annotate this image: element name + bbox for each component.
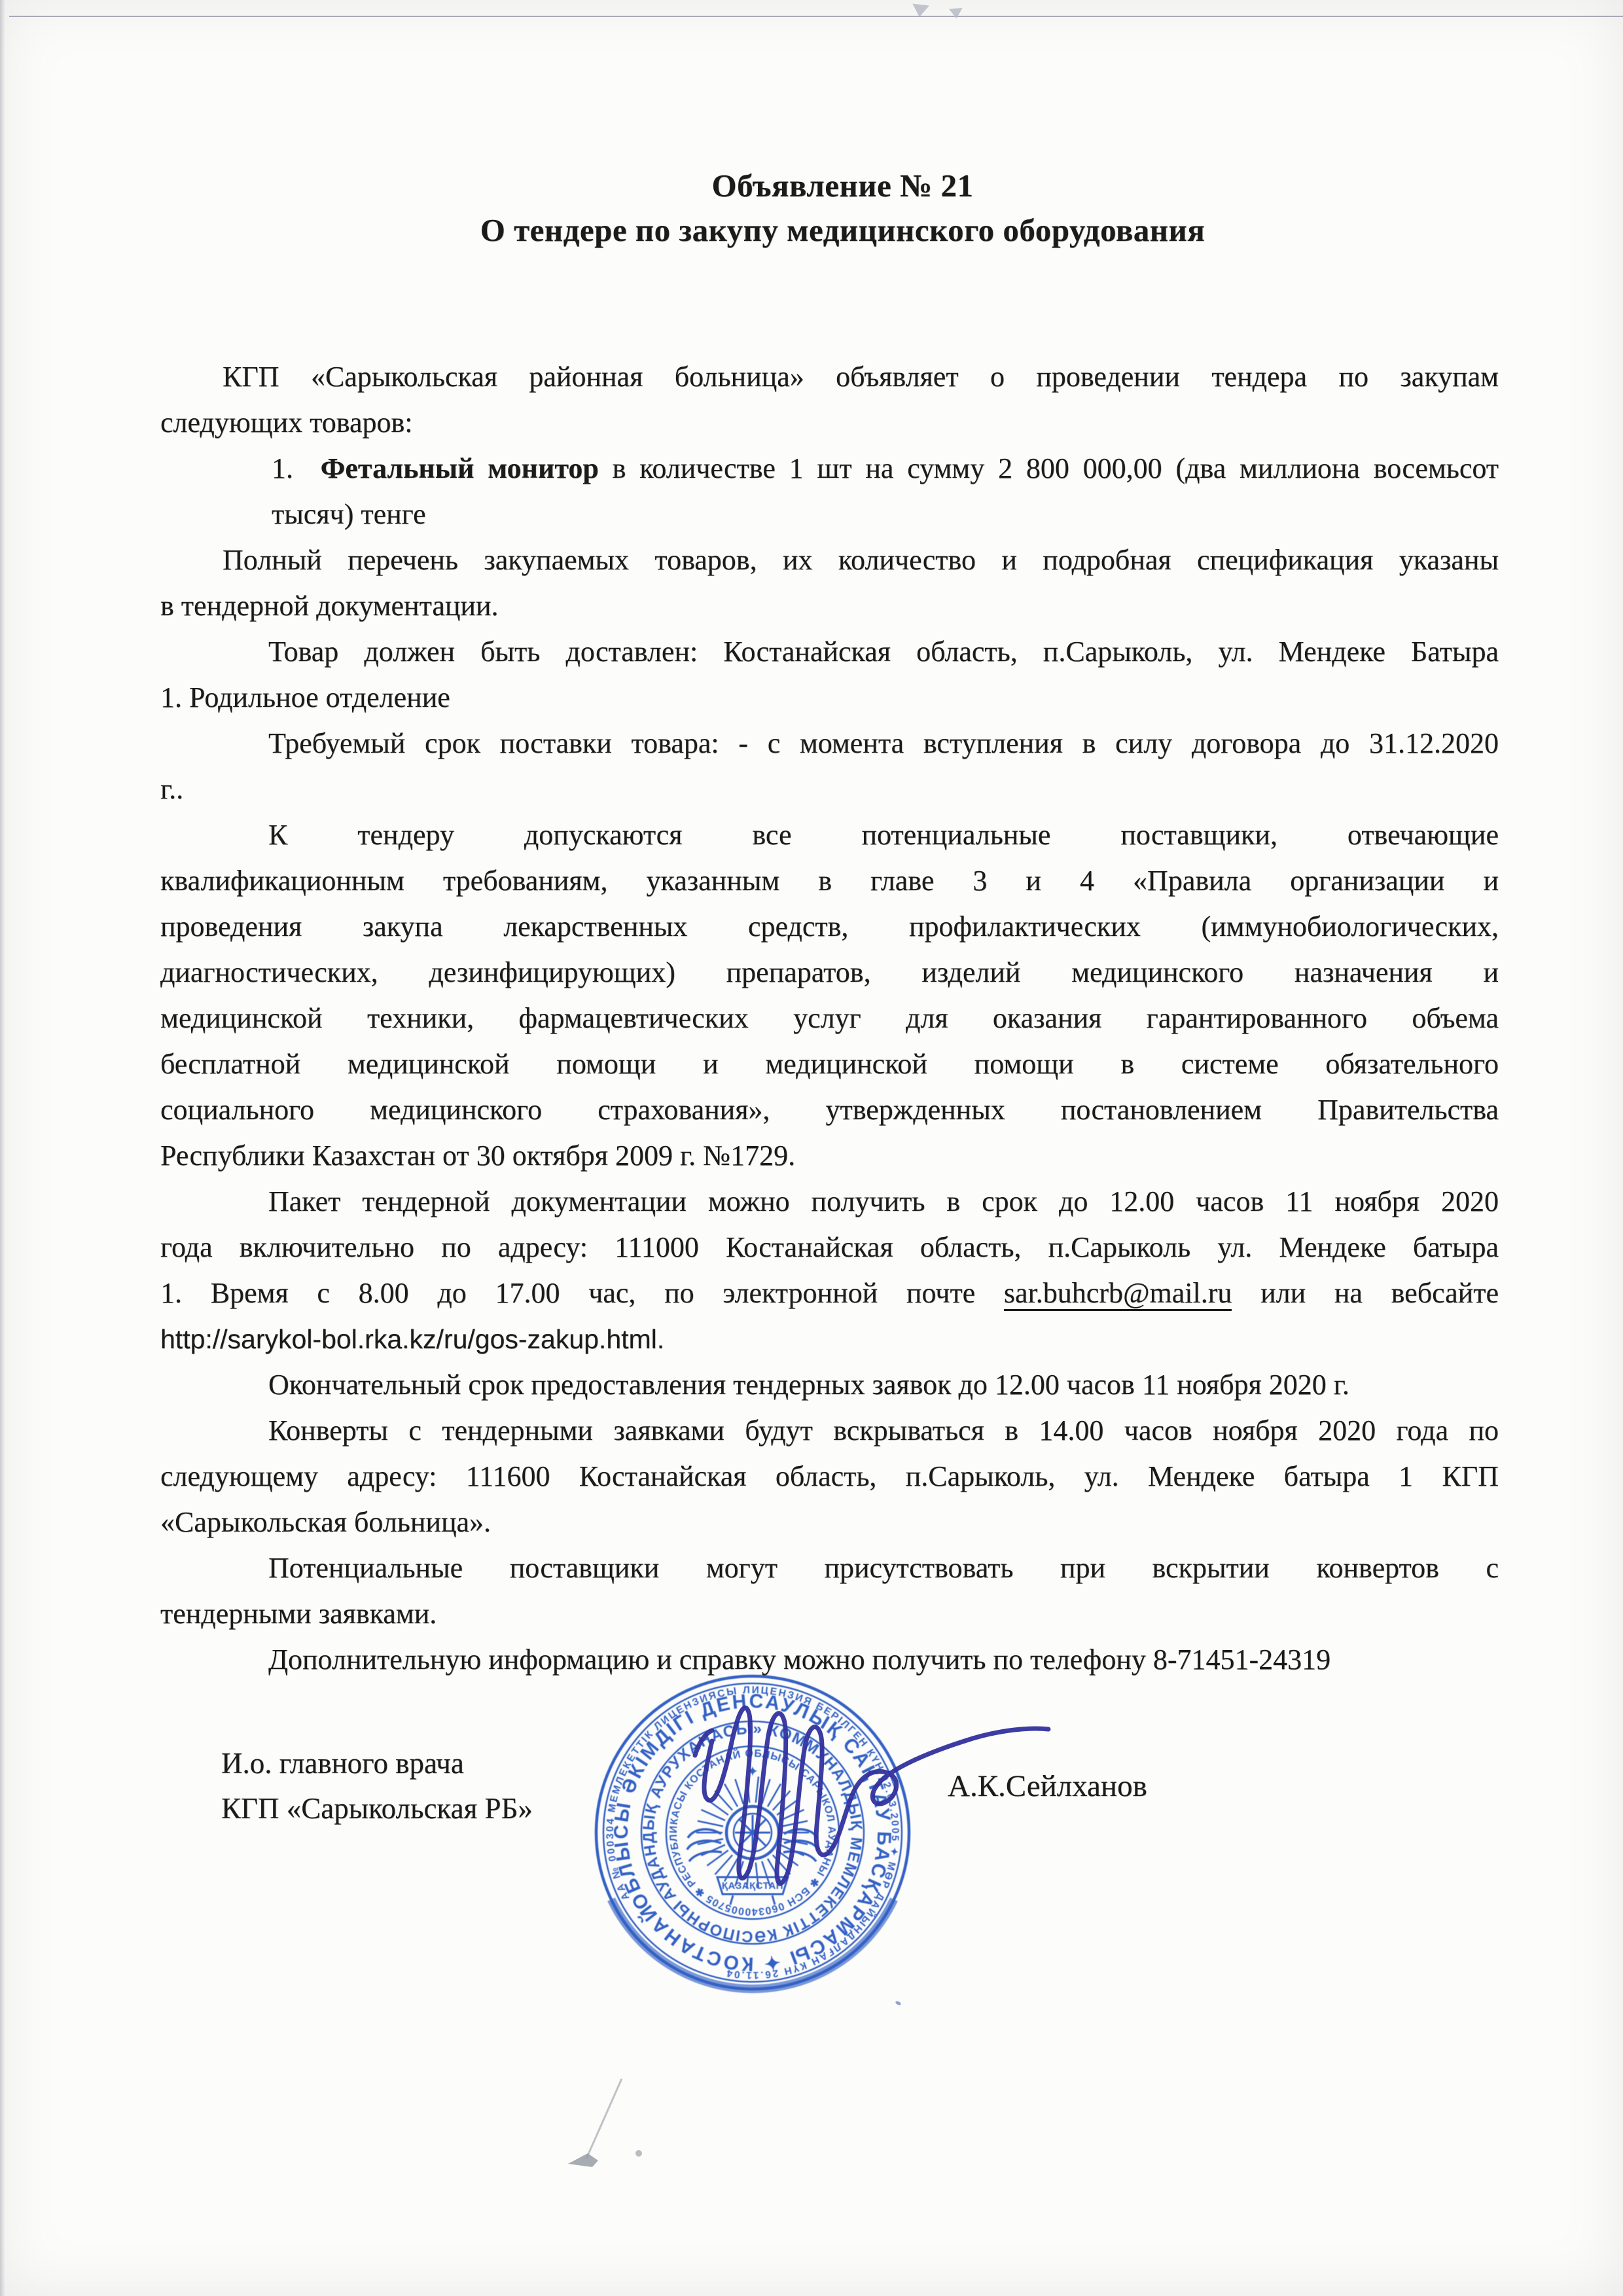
- text-line: диагностических, дезинфицирующих) препар…: [160, 950, 1499, 996]
- text-line: Полный перечень закупаемых товаров, их к…: [160, 537, 1499, 583]
- text-line: 1. Время с 8.00 до 17.00 час, по электро…: [160, 1270, 1499, 1316]
- text-line: следующих товаров:: [160, 400, 1499, 446]
- text-line: социального медицинского страхования», у…: [160, 1087, 1499, 1133]
- text-line: бесплатной медицинской помощи и медицинс…: [160, 1041, 1499, 1087]
- text-line: Потенциальные поставщики могут присутств…: [160, 1545, 1499, 1591]
- text-line: тендерными заявками.: [160, 1591, 1499, 1637]
- signer-organization-line: КГП «Сарыкольская РБ»: [221, 1786, 533, 1831]
- text-line: медицинской техники, фармацевтических ус…: [160, 996, 1499, 1041]
- text-line: «Сарыкольская больница».: [160, 1499, 1499, 1545]
- text-line: г..: [160, 766, 1499, 812]
- signature-block: И.о. главного врача КГП «Сарыкольская РБ…: [221, 1741, 533, 1831]
- text-line: http://sarykol-bol.rka.kz/ru/gos-zakup.h…: [160, 1316, 1499, 1362]
- text-line: Окончательный срок предоставления тендер…: [160, 1362, 1499, 1408]
- scan-artifact-mark: [949, 8, 963, 19]
- scanned-document-page: Объявление № 21 О тендере по закупу меди…: [0, 0, 1623, 2296]
- document-body: КГП «Сарыкольская районная больница» объ…: [160, 354, 1499, 1683]
- document-title-block: Объявление № 21 О тендере по закупу меди…: [160, 164, 1525, 253]
- text-line: 1. Фетальный монитор в количестве 1 шт н…: [160, 446, 1499, 492]
- signer-position-line: И.о. главного врача: [221, 1741, 533, 1786]
- text-line: проведения закупа лекарственных средств,…: [160, 904, 1499, 950]
- scan-edge-line: [9, 16, 1623, 17]
- text-line: Требуемый срок поставки товара: - с моме…: [160, 721, 1499, 766]
- text-line: Республики Казахстан от 30 октября 2009 …: [160, 1133, 1499, 1179]
- text-line: Конверты с тендерными заявками будут вск…: [160, 1408, 1499, 1454]
- text-line: КГП «Сарыкольская районная больница» объ…: [160, 354, 1499, 400]
- announcement-subject-title: О тендере по закупу медицинского оборудо…: [160, 208, 1525, 253]
- text-line: тысяч) тенге: [160, 492, 1499, 537]
- email-text: sar.buhcrb@mail.ru: [1004, 1277, 1232, 1311]
- text-line: года включительно по адресу: 111000 Кост…: [160, 1225, 1499, 1270]
- signature-ink: [668, 1682, 1099, 1918]
- website-url-text: http://sarykol-bol.rka.kz/ru/gos-zakup.h…: [160, 1324, 664, 1354]
- scan-edge-shadow: [0, 0, 5, 2296]
- announcement-number-title: Объявление № 21: [160, 164, 1525, 208]
- pencil-mark: [555, 2060, 692, 2198]
- scan-artifact-mark: [911, 3, 929, 18]
- text-line: в тендерной документации.: [160, 583, 1499, 629]
- text-line: 1. Родильное отделение: [160, 675, 1499, 721]
- text-line: Товар должен быть доставлен: Костанайска…: [160, 629, 1499, 675]
- text-line: Пакет тендерной документации можно получ…: [160, 1179, 1499, 1225]
- text-line: К тендеру допускаются все потенциальные …: [160, 812, 1499, 858]
- text-line: следующему адресу: 111600 Костанайская о…: [160, 1454, 1499, 1499]
- text-line: квалификационным требованиям, указанным …: [160, 858, 1499, 904]
